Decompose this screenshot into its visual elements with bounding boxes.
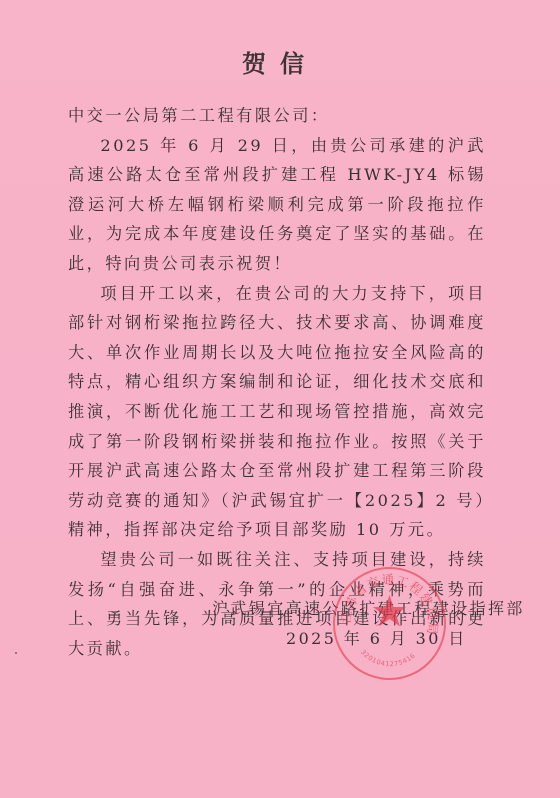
- signature-block: 沪武锡宜高速公路扩建工程建设指挥部 2025 年 6 月 30 日: [212, 594, 525, 653]
- letter-body: 中交一公局第二工程有限公司： 2025 年 6 月 29 日，由贵公司承建的沪武…: [68, 101, 486, 663]
- signature-date: 2025 年 6 月 30 日: [212, 624, 525, 654]
- paper-speck: [15, 652, 17, 654]
- letter-title: 贺信: [0, 44, 560, 79]
- paragraph-congratulation: 2025 年 6 月 29 日，由贵公司承建的沪武高速公路太仓至常州段扩建工程 …: [68, 131, 486, 279]
- signature-organization: 沪武锡宜高速公路扩建工程建设指挥部: [212, 594, 525, 624]
- paragraph-achievement: 项目开工以来，在贵公司的大力支持下，项目部针对钢桁梁拖拉跨径大、技术要求高、协调…: [68, 279, 486, 545]
- letter-page: 贺信 中交一公局第二工程有限公司： 2025 年 6 月 29 日，由贵公司承建…: [0, 0, 560, 798]
- salutation: 中交一公局第二工程有限公司：: [68, 101, 486, 131]
